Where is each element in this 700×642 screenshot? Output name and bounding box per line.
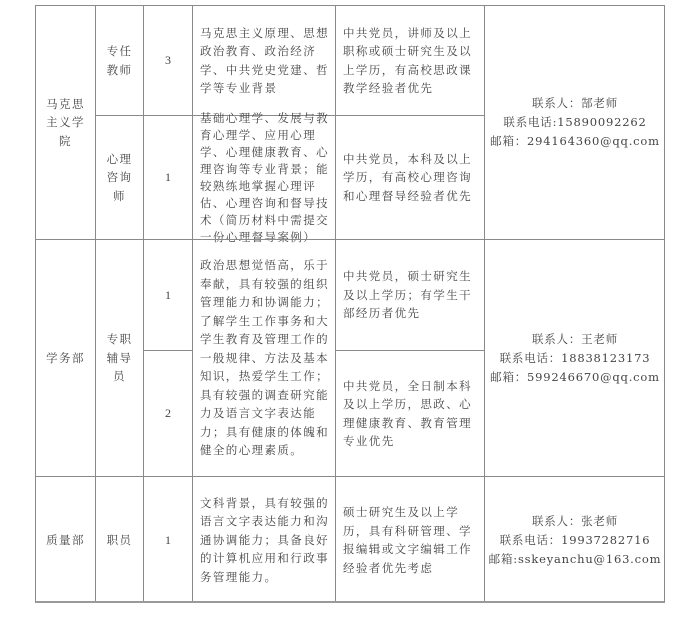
major-text: 马克思主义原理、思想政治教育、政治经济学、中共党史党建、哲学等专业背景 [200,24,329,98]
contact-person: 联系人：张老师 [532,512,618,531]
headcount-value: 1 [165,288,171,303]
requirement-text: 中共党员，全日制本科及以上学历，思政、心理健康教育、教育管理专业优先 [343,377,478,451]
headcount-cell: 1 [143,476,192,603]
contact-email[interactable]: 邮箱：294164360@qq.com [490,132,660,151]
recruitment-table: 马克思 主义学 院 专任 教师 3 马克思主义原理、思想政治教育、政治经济学、中… [35,5,665,603]
position-title-cell: 专职 辅导 员 [95,239,143,476]
major-text: 基础心理学、发展与教育心理学、应用心理学、心理健康教育、心理咨询等专业背景；能较… [200,110,329,246]
department-cell: 马克思 主义学 院 [35,5,95,239]
position-title-line: 专任 [107,42,133,61]
requirement-cell: 中共党员，硕士研究生及以上学历；有学生干部经历者优先 [335,239,484,350]
position-title-cell: 职员 [95,476,143,603]
requirement-text: 中共党员，硕士研究生及以上学历；有学生干部经历者优先 [343,267,478,323]
department-name: 质量部 [46,531,85,550]
major-cell: 基础心理学、发展与教育心理学、应用心理学、心理健康教育、心理咨询等专业背景；能较… [192,115,335,239]
contact-person: 联系人：郜老师 [532,94,618,113]
headcount-value: 2 [165,406,171,421]
headcount-cell: 1 [143,239,192,350]
contact-phone: 联系电话：18838123173 [500,349,651,368]
position-title-line: 教师 [107,61,133,80]
contact-cell: 联系人：王老师 联系电话：18838123173 邮箱：599246670@qq… [484,239,665,476]
contact-email[interactable]: 邮箱：599246670@qq.com [490,368,660,387]
department-name: 学务部 [46,349,85,368]
position-title-cell: 心理 咨询 师 [95,115,143,239]
position-title-line: 员 [113,367,126,386]
department-cell: 学务部 [35,239,95,476]
major-text: 文科背景，具有较强的语言文字表达能力和沟通协调能力；具备良好的计算机应用和行政事… [200,494,329,587]
contact-phone: 联系电话:15890092262 [503,113,646,132]
department-name-line: 马克思 [46,95,85,114]
requirement-text: 中共党员，本科及以上学历，有高校心理咨询和心理督导经验者优先 [343,150,478,206]
requirement-cell: 中共党员，全日制本科及以上学历，思政、心理健康教育、教育管理专业优先 [335,350,484,476]
major-text: 政治思想觉悟高，乐于奉献，具有较强的组织管理能力和协调能力；了解学生工作事务和大… [200,256,329,460]
major-cell: 马克思主义原理、思想政治教育、政治经济学、中共党史党建、哲学等专业背景 [192,5,335,115]
position-title-line: 心理 [107,150,133,169]
contact-person: 联系人：王老师 [532,330,618,349]
department-name-line: 院 [59,132,72,151]
contact-cell: 联系人：张老师 联系电话：19937282716 邮箱:sskeyanchu@1… [484,476,665,603]
requirement-cell: 中共党员，讲师及以上职称或硕士研究生及以上学历，有高校思政课教学经验者优先 [335,5,484,115]
requirement-cell: 硕士研究生及以上学历，具有科研管理、学报编辑或文字编辑工作经验者优先考虑 [335,476,484,603]
position-title: 职员 [107,531,133,550]
headcount-cell: 2 [143,350,192,476]
contact-cell: 联系人：郜老师 联系电话:15890092262 邮箱：294164360@qq… [484,5,665,239]
headcount-cell: 1 [143,115,192,239]
position-title-line: 专职 [107,330,133,349]
requirement-text: 中共党员，讲师及以上职称或硕士研究生及以上学历，有高校思政课教学经验者优先 [343,24,478,98]
position-title-line: 辅导 [107,349,133,368]
department-name-line: 主义学 [46,113,85,132]
contact-email[interactable]: 邮箱:sskeyanchu@163.com [489,550,662,569]
headcount-value: 1 [165,533,171,548]
headcount-value: 3 [165,53,171,68]
major-cell: 文科背景，具有较强的语言文字表达能力和沟通协调能力；具备良好的计算机应用和行政事… [192,476,335,603]
major-cell: 政治思想觉悟高，乐于奉献，具有较强的组织管理能力和协调能力；了解学生工作事务和大… [192,239,335,476]
position-title-cell: 专任 教师 [95,5,143,115]
position-title-line: 咨询 [107,168,133,187]
requirement-cell: 中共党员，本科及以上学历，有高校心理咨询和心理督导经验者优先 [335,115,484,239]
requirement-text: 硕士研究生及以上学历，具有科研管理、学报编辑或文字编辑工作经验者优先考虑 [343,503,478,577]
headcount-value: 1 [165,170,171,185]
headcount-cell: 3 [143,5,192,115]
department-cell: 质量部 [35,476,95,603]
contact-phone: 联系电话：19937282716 [500,531,651,550]
position-title-line: 师 [113,187,126,206]
